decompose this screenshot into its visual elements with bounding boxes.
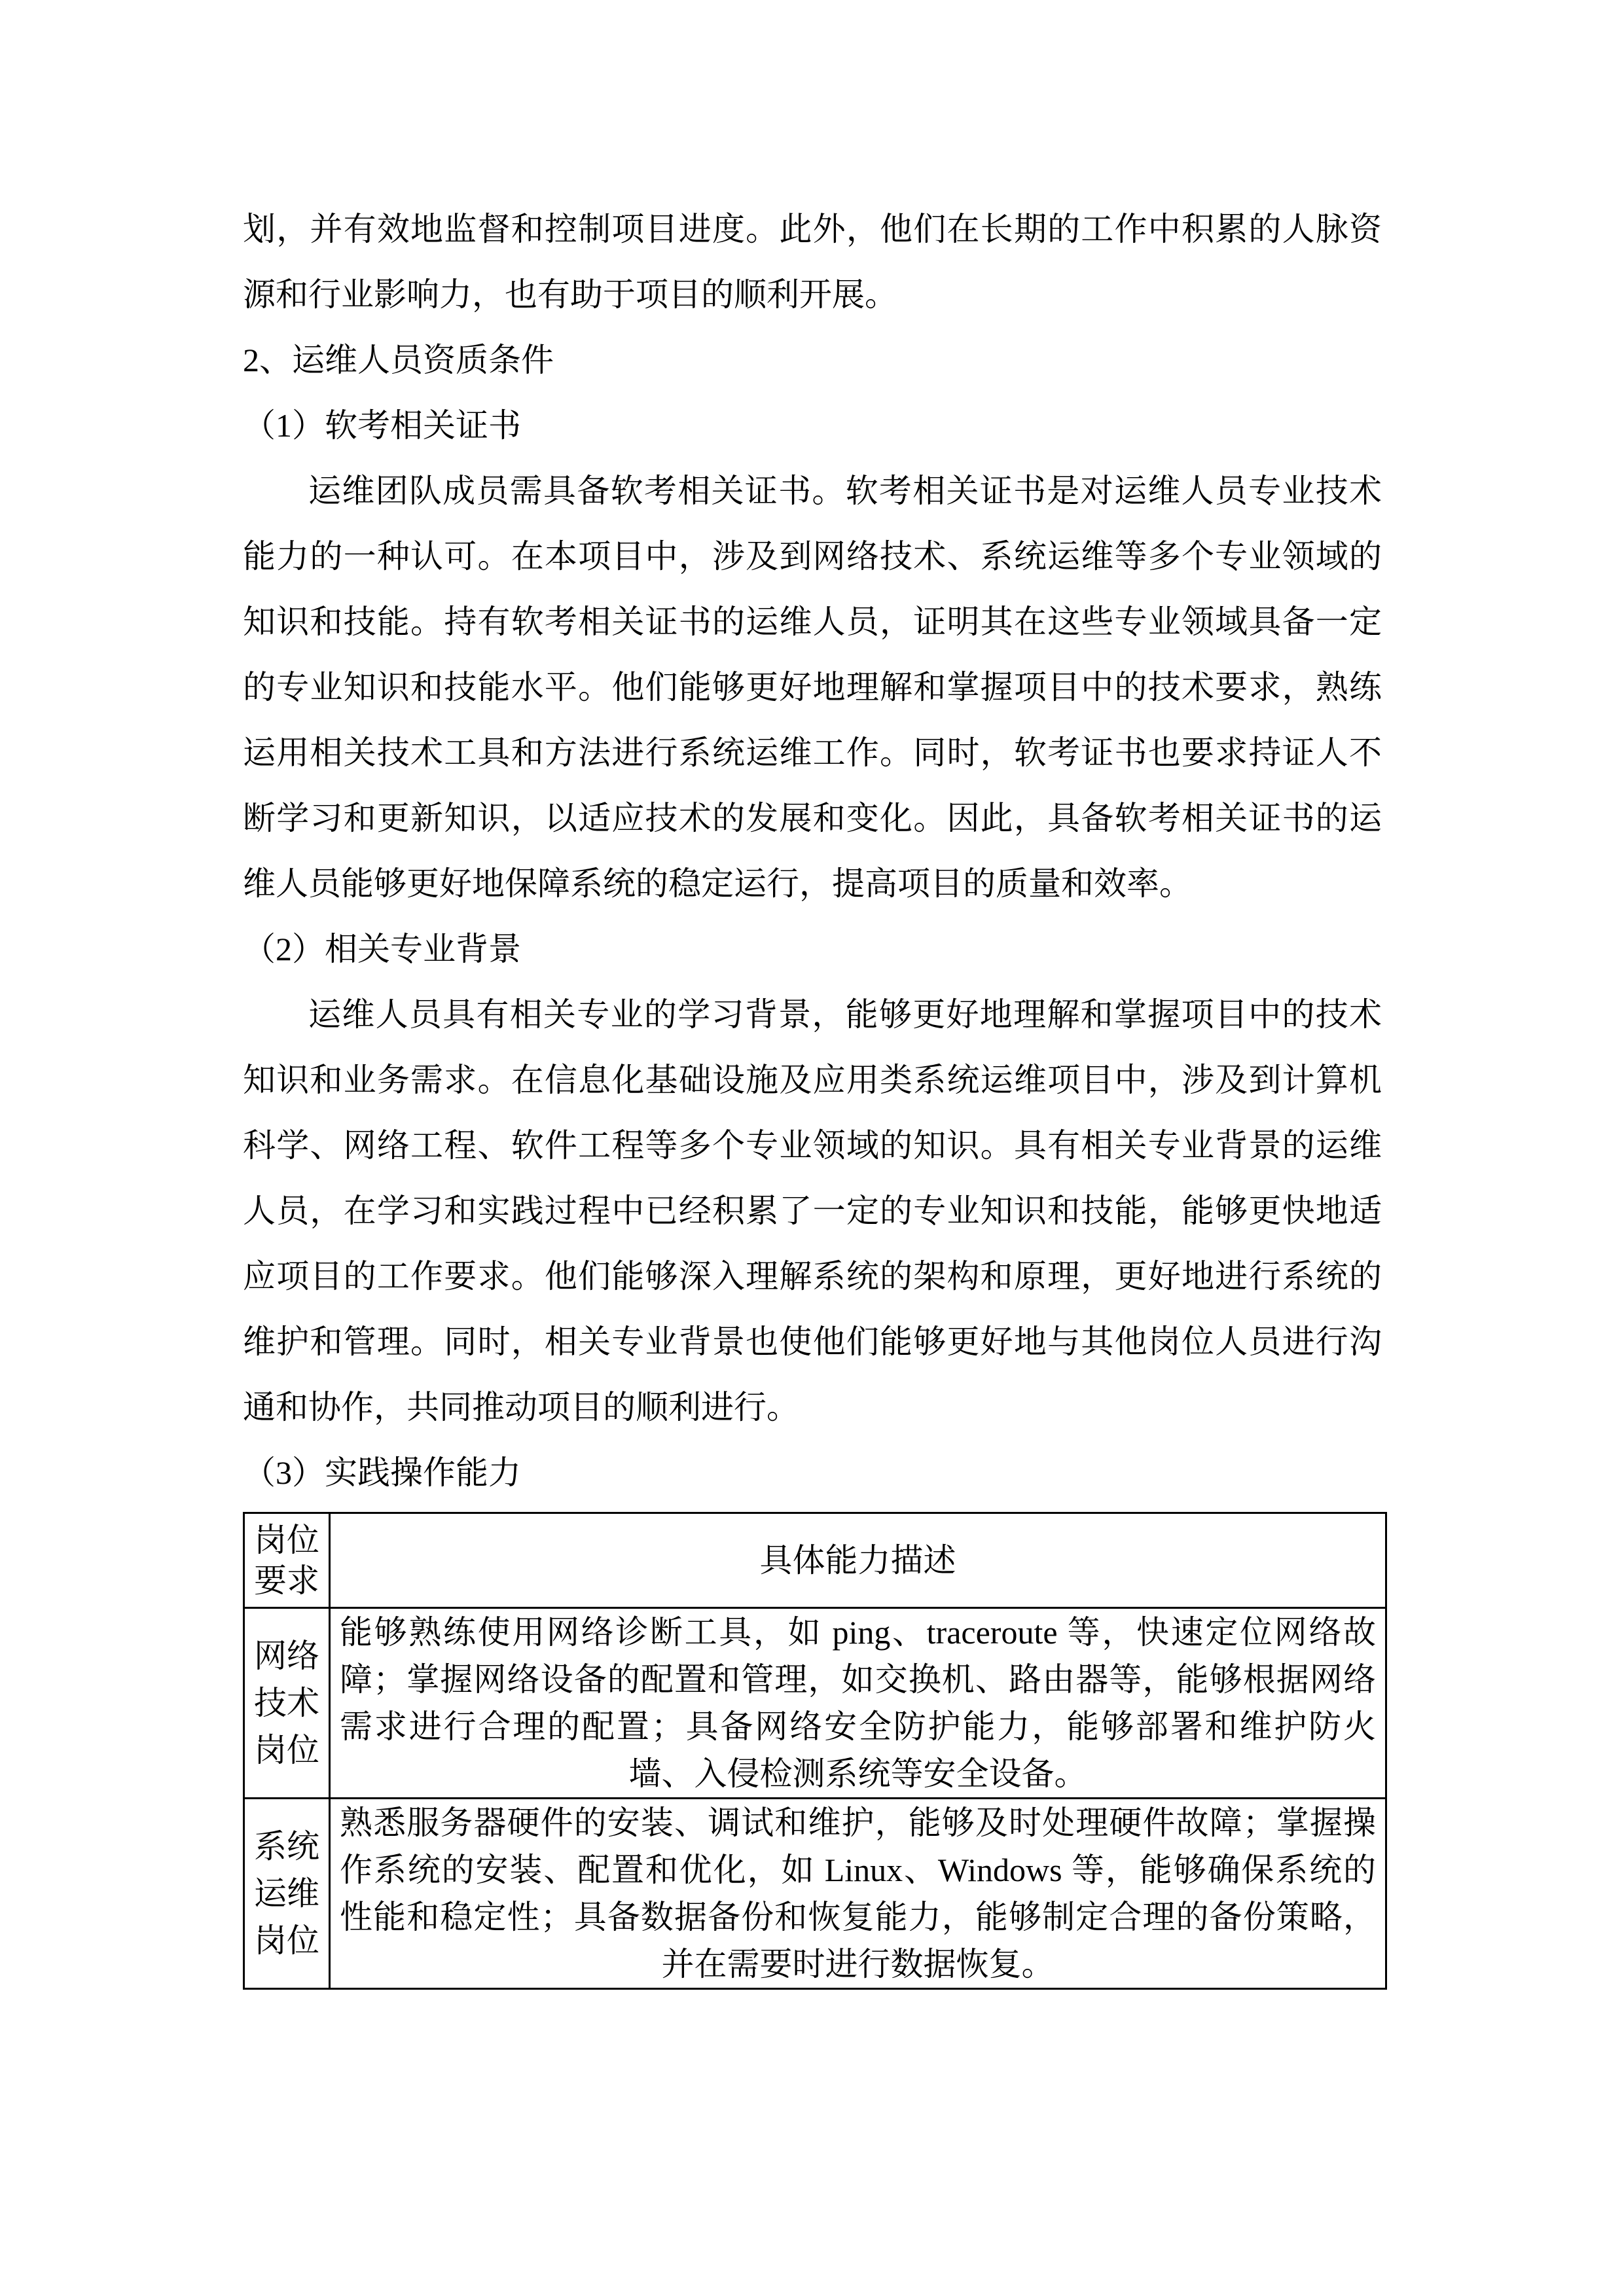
subsection-heading-3: （3）实践操作能力: [243, 1440, 1382, 1505]
capability-table: 岗位要求 具体能力描述 网络技术岗位 能够熟练使用网络诊断工具，如 ping、t…: [243, 1512, 1387, 1990]
table-row-system: 系统运维岗位 熟悉服务器硬件的安装、调试和维护，能够及时处理硬件故障；掌握操作系…: [244, 1799, 1386, 1989]
table-header-row: 岗位要求 具体能力描述: [244, 1513, 1386, 1608]
document-page: 划，并有效地监督和控制项目进度。此外，他们在长期的工作中积累的人脉资源和行业影响…: [0, 0, 1624, 2296]
section-heading: 2、运维人员资质条件: [243, 327, 1382, 393]
table-header-position: 岗位要求: [244, 1513, 330, 1608]
subsection-heading-2: （2）相关专业背景: [243, 916, 1382, 982]
table-header-description: 具体能力描述: [330, 1513, 1386, 1608]
table-row-network: 网络技术岗位 能够熟练使用网络诊断工具，如 ping、traceroute 等，…: [244, 1608, 1386, 1799]
description-cell-system: 熟悉服务器硬件的安装、调试和维护，能够及时处理硬件故障；掌握操作系统的安装、配置…: [330, 1799, 1386, 1989]
position-cell-network: 网络技术岗位: [244, 1608, 330, 1799]
subsection-heading-1: （1）软考相关证书: [243, 393, 1382, 458]
paragraph-continuation: 划，并有效地监督和控制项目进度。此外，他们在长期的工作中积累的人脉资源和行业影响…: [243, 196, 1382, 327]
position-cell-system: 系统运维岗位: [244, 1799, 330, 1989]
paragraph-professional-background: 运维人员具有相关专业的学习背景，能够更好地理解和掌握项目中的技术知识和业务需求。…: [243, 982, 1382, 1440]
paragraph-softkao-certificates: 运维团队成员需具备软考相关证书。软考相关证书是对运维人员专业技术能力的一种认可。…: [243, 458, 1382, 916]
description-cell-network: 能够熟练使用网络诊断工具，如 ping、traceroute 等，快速定位网络故…: [330, 1608, 1386, 1799]
